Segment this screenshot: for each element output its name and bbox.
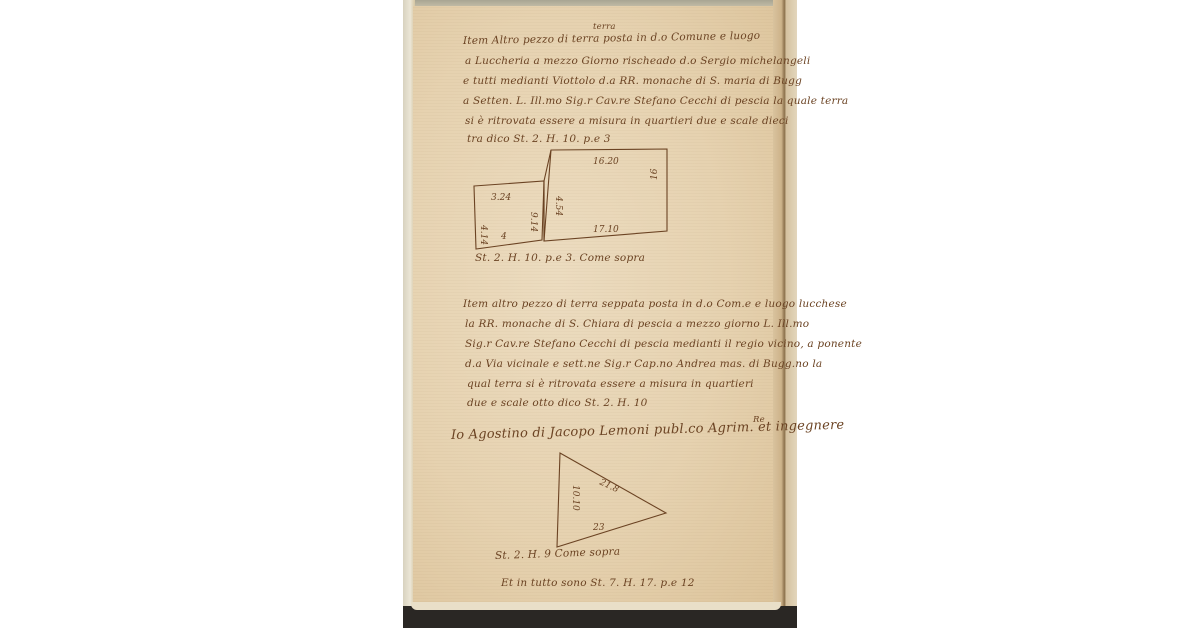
label-left-bottom: 4 xyxy=(500,232,507,242)
entry2-line-3: Sig.r Cav.re Stefano Cecchi di pescia me… xyxy=(465,338,862,350)
manuscript-page-photo: terra Item Altro pezzo di terra posta in… xyxy=(403,0,797,628)
closing-line-2: Et in tutto sono St. 7. H. 17. p.e 12 xyxy=(501,577,695,589)
label-right-bottom: 17.10 xyxy=(593,225,619,235)
entry2-line-2: la RR. monache di S. Chiara di pescia a … xyxy=(465,318,809,330)
label-left-top: 3.24 xyxy=(491,193,511,203)
triangle-label-bottom: 23 xyxy=(592,523,605,533)
entry2-line-1: Item altro pezzo di terra seppata posta … xyxy=(463,298,847,310)
entry2-line-6: due e scale otto dico St. 2. H. 10 xyxy=(467,397,648,409)
triangle-label-top: 21.8 xyxy=(597,477,621,495)
land-plot-diagram: 3.24 4.14 9.14 4 4.54 16.20 16 17.10 21.… xyxy=(403,0,797,628)
entry2-line-5: qual terra si è ritrovata essere a misur… xyxy=(467,378,754,390)
triangle-label-left: 10.10 xyxy=(570,485,580,511)
entry1-total-line: St. 2. H. 10. p.e 3. Come sopra xyxy=(475,252,645,264)
entry2-line-4: d.a Via vicinale e sett.ne Sig.r Cap.no … xyxy=(465,358,822,370)
label-middle: 4.54 xyxy=(553,195,563,216)
label-left-side: 4.14 xyxy=(478,224,488,245)
label-right-top: 16.20 xyxy=(593,157,619,167)
label-right-side: 16 xyxy=(650,168,660,180)
label-left-inner: 9.14 xyxy=(528,212,538,232)
